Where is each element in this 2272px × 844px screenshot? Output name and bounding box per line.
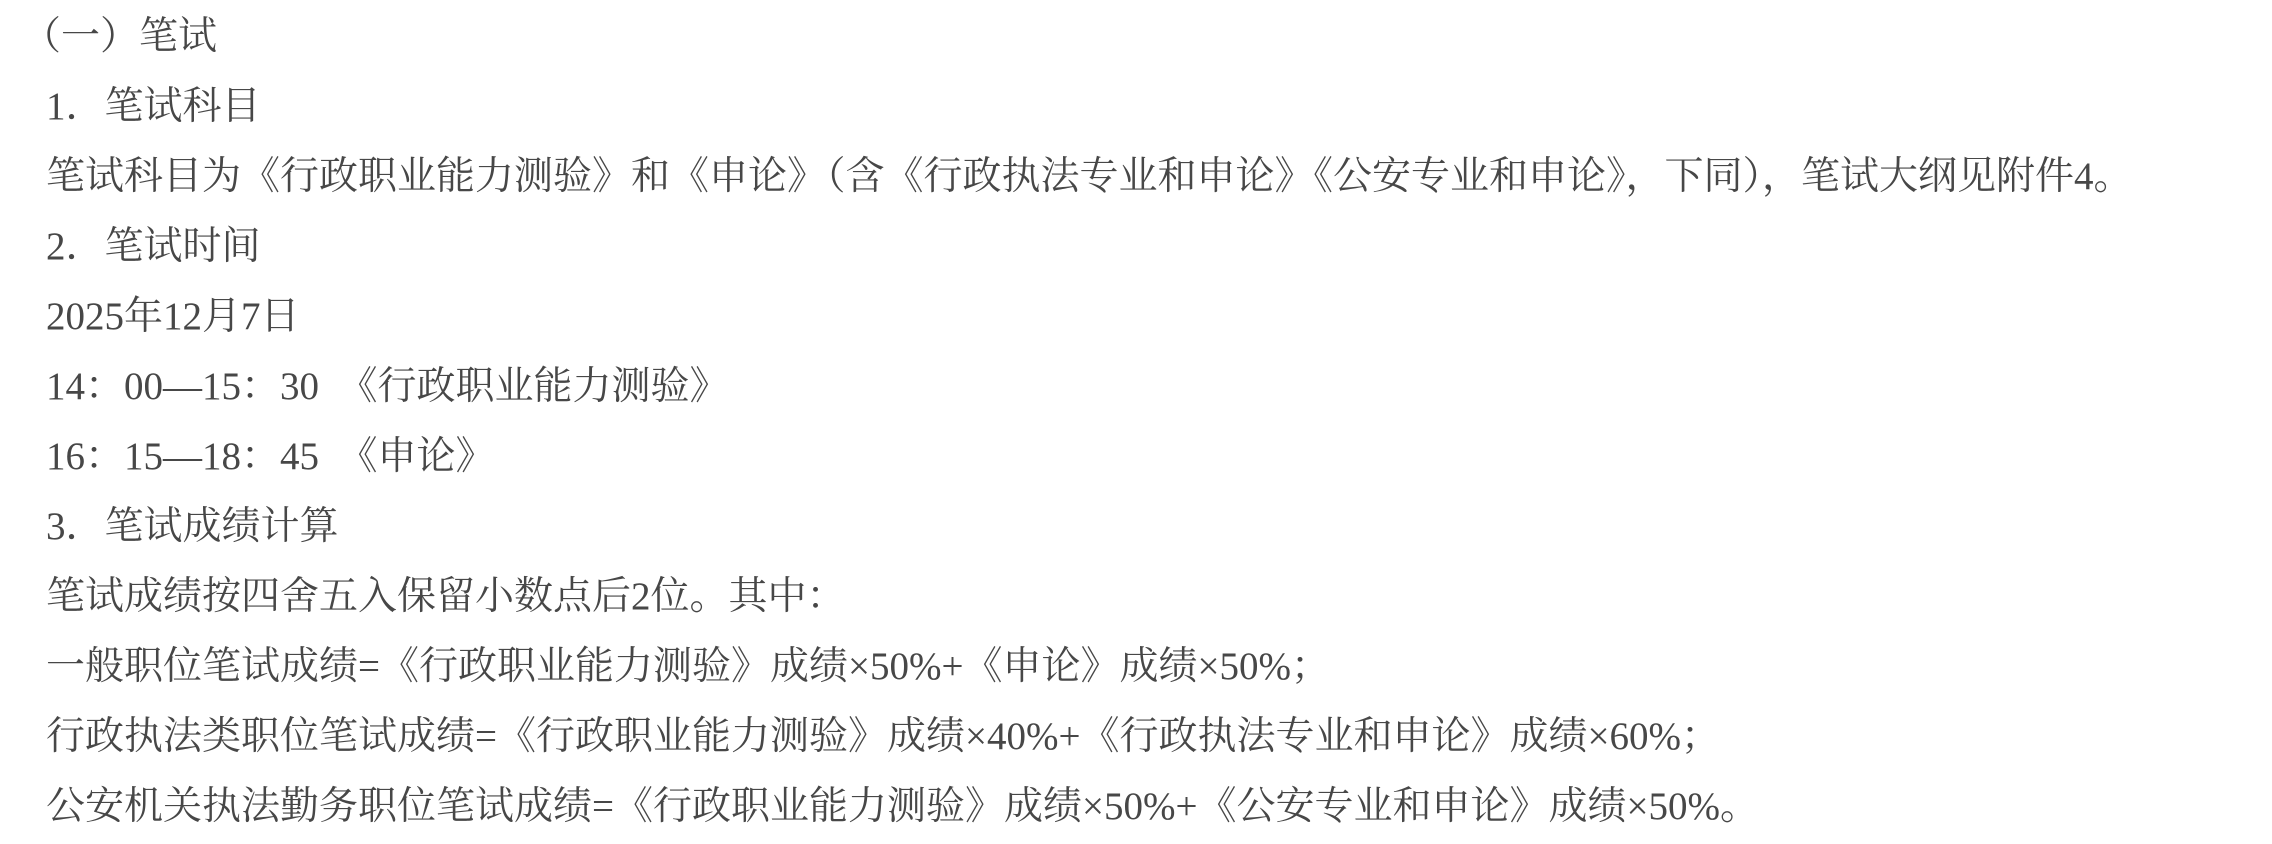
text-timeslot-aptitude-test: 14：00—15：30 《行政职业能力测验》 xyxy=(0,352,2272,422)
section-title-written-exam: （一）笔试 xyxy=(0,2,2272,72)
heading-exam-time: 2．笔试时间 xyxy=(0,212,2272,282)
text-timeslot-essay-test: 16：15—18：45 《申论》 xyxy=(0,422,2272,492)
text-exam-date: 2025年12月7日 xyxy=(0,282,2272,352)
heading-exam-subjects: 1．笔试科目 xyxy=(0,72,2272,142)
document-body: （一）笔试 1．笔试科目 笔试科目为《行政职业能力测验》和《申论》（含《行政执法… xyxy=(0,0,2272,842)
heading-score-calculation: 3．笔试成绩计算 xyxy=(0,492,2272,562)
text-formula-police-position: 公安机关执法勤务职位笔试成绩=《行政职业能力测验》成绩×50%+《公安专业和申论… xyxy=(0,772,2272,842)
text-exam-subjects-detail: 笔试科目为《行政职业能力测验》和《申论》（含《行政执法专业和申论》《公安专业和申… xyxy=(0,142,2272,212)
text-formula-admin-law-position: 行政执法类职位笔试成绩=《行政职业能力测验》成绩×40%+《行政执法专业和申论》… xyxy=(0,702,2272,772)
text-formula-general-position: 一般职位笔试成绩=《行政职业能力测验》成绩×50%+《申论》成绩×50%； xyxy=(0,632,2272,702)
text-score-rounding-rule: 笔试成绩按四舍五入保留小数点后2位。其中： xyxy=(0,562,2272,632)
document-page: （一）笔试 1．笔试科目 笔试科目为《行政职业能力测验》和《申论》（含《行政执法… xyxy=(0,0,2272,844)
